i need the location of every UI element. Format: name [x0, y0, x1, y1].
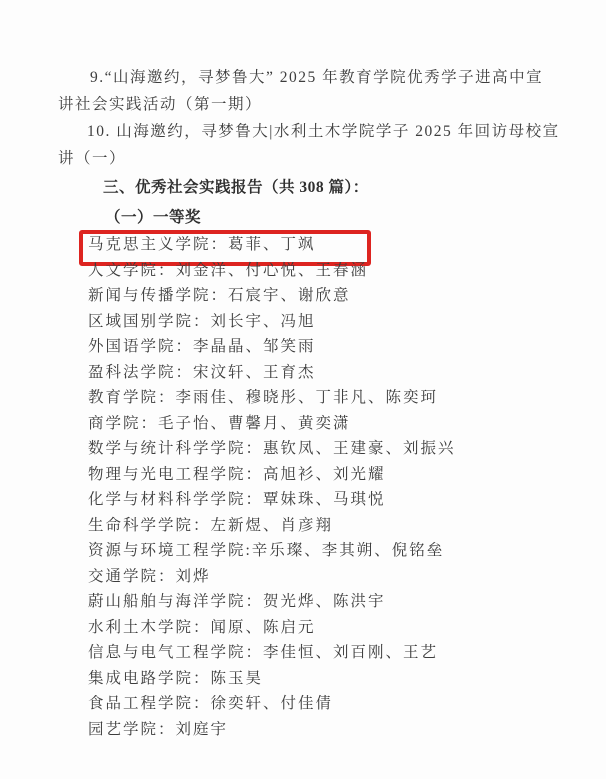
- intro-paragraphs: 9.“山海邀约，寻梦鲁大” 2025 年教育学院优秀学子进高中宣 讲社会实践活动…: [58, 64, 600, 172]
- section-subheading: （一）一等奖: [105, 205, 201, 230]
- award-row: 物理与光电工程学院：高旭衫、刘光耀: [88, 462, 600, 488]
- award-row: 区域国别学院：刘长宇、冯旭: [88, 309, 600, 335]
- award-row: 信息与电气工程学院：李佳恒、刘百刚、王艺: [88, 640, 600, 666]
- award-row: 教育学院：李雨佳、穆晓彤、丁非凡、陈奕珂: [88, 385, 600, 411]
- award-row: 食品工程学院：徐奕轩、付佳倩: [88, 691, 600, 717]
- award-row: 商学院：毛子怡、曹馨月、黄奕潇: [88, 411, 600, 437]
- award-row: 园艺学院：刘庭宇: [88, 717, 600, 743]
- intro-line: 讲（一）: [58, 145, 600, 172]
- award-row: 马克思主义学院：葛菲、丁飒: [88, 232, 600, 258]
- award-list: 马克思主义学院：葛菲、丁飒 人文学院：刘金洋、付心悦、王春涵 新闻与传播学院：石…: [88, 232, 600, 742]
- award-row: 新闻与传播学院：石宸宇、谢欣意: [88, 283, 600, 309]
- award-row: 数学与统计科学学院：惠钦凤、王建豪、刘振兴: [88, 436, 600, 462]
- award-row: 集成电路学院：陈玉昊: [88, 666, 600, 692]
- award-row: 外国语学院：李晶晶、邹笑雨: [88, 334, 600, 360]
- section-heading: 三、优秀社会实践报告（共 308 篇）：: [103, 175, 369, 201]
- award-row: 交通学院：刘烨: [88, 564, 600, 590]
- award-row: 生命科学学院：左新煜、肖彦翔: [88, 513, 600, 539]
- award-row: 蔚山船舶与海洋学院：贺光烨、陈洪宇: [88, 589, 600, 615]
- intro-line: 9.“山海邀约，寻梦鲁大” 2025 年教育学院优秀学子进高中宣: [58, 64, 600, 91]
- award-row: 人文学院：刘金洋、付心悦、王春涵: [88, 258, 600, 284]
- document-page: 9.“山海邀约，寻梦鲁大” 2025 年教育学院优秀学子进高中宣 讲社会实践活动…: [0, 0, 606, 779]
- intro-line: 讲社会实践活动（第一期）: [58, 91, 600, 118]
- award-row: 资源与环境工程学院:辛乐璨、李其朔、倪铭垒: [88, 538, 600, 564]
- award-row: 盈科法学院：宋汶轩、王育杰: [88, 360, 600, 386]
- award-row: 水利土木学院：闻原、陈启元: [88, 615, 600, 641]
- award-row: 化学与材料科学学院：覃妹珠、马琪悦: [88, 487, 600, 513]
- intro-line: 10. 山海邀约，寻梦鲁大|水利土木学院学子 2025 年回访母校宣: [58, 118, 600, 145]
